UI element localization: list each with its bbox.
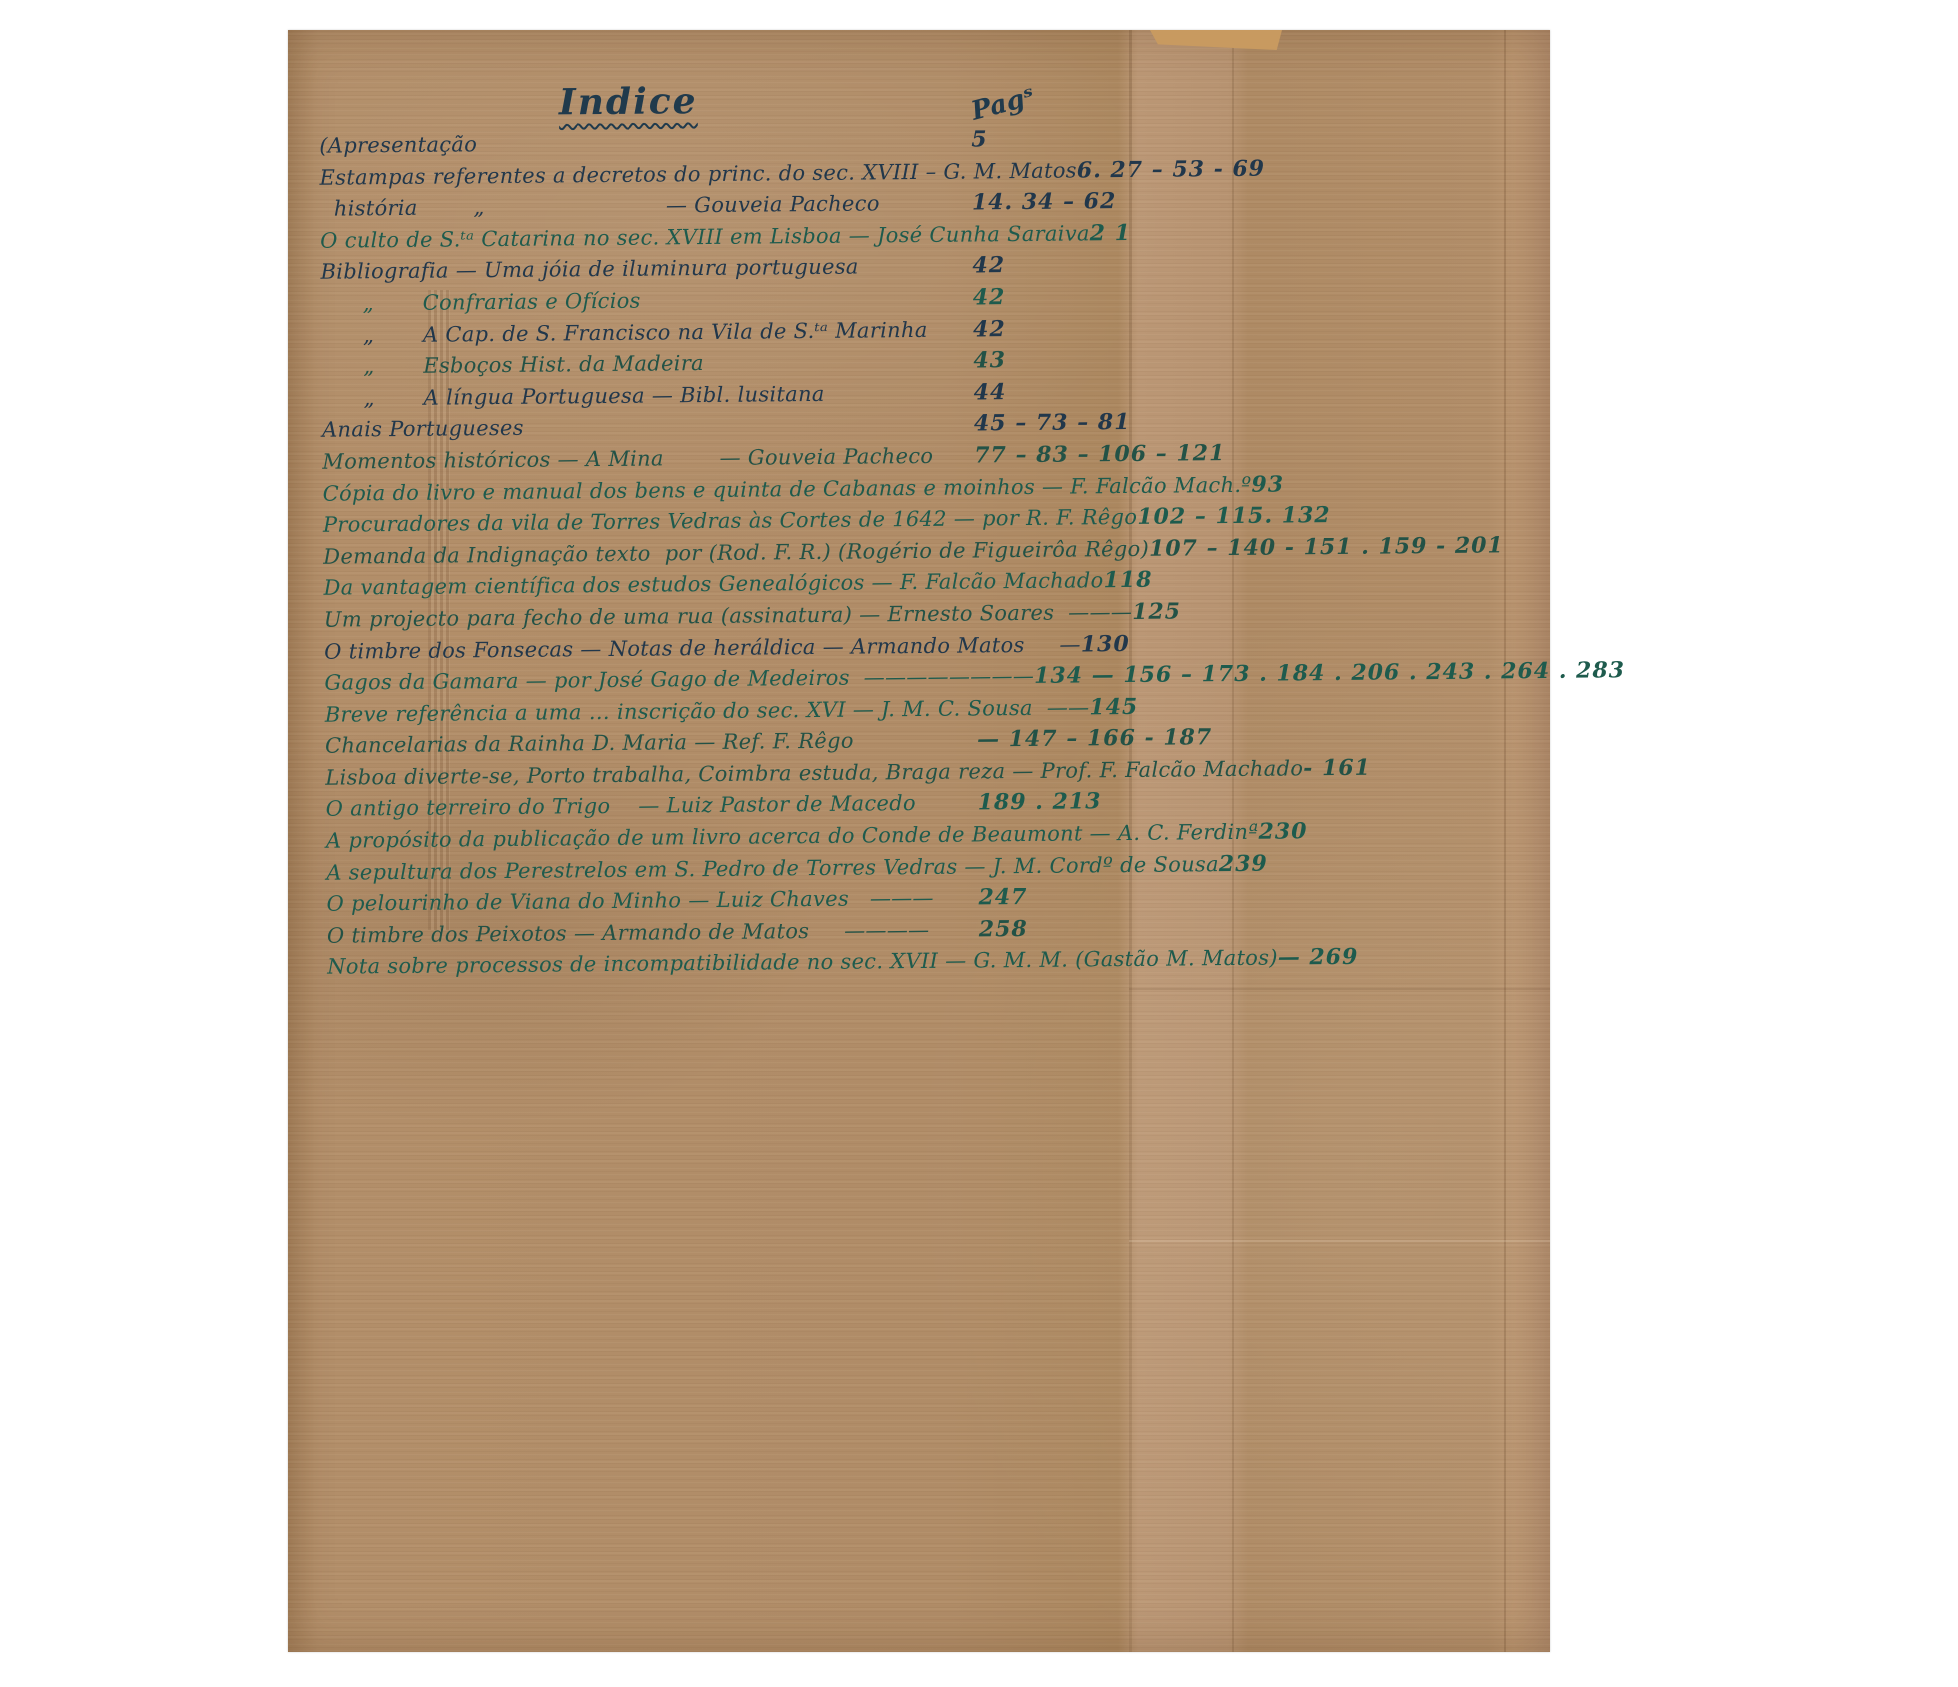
entry-text: „ Confrarias e Ofícios: [321, 285, 973, 315]
entry-pages: 42: [972, 253, 1005, 279]
entry-pages: 118: [1103, 567, 1152, 593]
entry-text: Procuradores da vila de Torres Vedras às…: [323, 505, 1138, 537]
entry-pages: 145: [1089, 694, 1138, 720]
kraft-paper-sheet: Indice Pagˢ (Apresentação5Estampas refer…: [288, 30, 1550, 1652]
entry-pages: — 269: [1278, 944, 1359, 971]
entry-pages: 93: [1251, 471, 1284, 497]
entry-pages: 44: [974, 379, 1007, 405]
entry-text: O timbre dos Peixotos — Armando de Matos…: [327, 917, 979, 947]
entry-pages: 134 — 156 – 173 . 184 . 206 . 243 . 264 …: [1034, 657, 1625, 689]
entry-pages: 77 – 83 – 106 – 121: [974, 440, 1225, 468]
entry-pages: 43: [973, 347, 1006, 373]
entry-pages: 125: [1132, 598, 1181, 624]
entry-pages: 239: [1219, 850, 1268, 876]
entry-pages: 42: [973, 284, 1006, 310]
entry-text: „ A Cap. de S. Francisco na Vila de S.ᵗᵃ…: [321, 317, 973, 347]
entry-pages: 102 – 115. 132: [1137, 502, 1331, 530]
entry-text: Gagos da Gamara — por José Gago de Medei…: [324, 664, 1034, 695]
entry-text: Um projecto para fecho de uma rua (assin…: [324, 600, 1133, 632]
entry-pages: - 161: [1303, 755, 1371, 782]
entry-text: Da vantagem científica dos estudos Genea…: [323, 569, 1103, 600]
entry-pages: 189 . 213: [978, 789, 1102, 816]
entry-text: Anais Portugueses: [322, 412, 974, 442]
handwritten-index: Indice Pagˢ (Apresentação5Estampas refer…: [280, 24, 1558, 1658]
entry-pages: 42: [973, 316, 1006, 342]
entry-text: O pelourinho de Viana do Minho — Luiz Ch…: [326, 886, 978, 916]
entry-pages: 130: [1081, 630, 1130, 656]
entry-text: (Apresentação: [319, 127, 971, 157]
pages-column-header: Pagˢ: [968, 82, 1038, 127]
entry-text: O antigo terreiro do Trigo — Luiz Pastor…: [326, 791, 978, 821]
entry-pages: 230: [1258, 818, 1307, 844]
entry-pages: 5: [971, 126, 988, 152]
entry-text: Bibliografia — Uma jóia de iluminura por…: [320, 254, 972, 284]
entry-pages: 247: [978, 884, 1027, 910]
entry-text: Momentos históricos — A Mina — Gouveia P…: [322, 443, 974, 473]
entry-text: Chancelarias da Rainha D. Maria — Ref. F…: [325, 728, 977, 758]
entry-text: O culto de S.ᵗᵃ Catarina no sec. XVIII e…: [320, 221, 1090, 252]
entry-pages: 2 1: [1090, 220, 1132, 246]
entry-text: „ Esboços Hist. da Madeira: [321, 349, 973, 379]
entry-pages: 6. 27 – 53 - 69: [1077, 155, 1265, 183]
entry-pages: 14. 34 – 62: [972, 188, 1117, 215]
entry-text: história „ — Gouveia Pacheco: [320, 191, 972, 221]
index-entries: (Apresentação5Estampas referentes a decr…: [319, 121, 1537, 986]
entry-text: Demanda da Indignação texto por (Rod. F.…: [323, 536, 1149, 568]
entry-text: „ A língua Portuguesa — Bibl. lusitana: [322, 380, 974, 410]
entry-text: Estampas referentes a decretos do princ.…: [319, 158, 1076, 189]
entry-pages: 258: [979, 916, 1028, 942]
entry-pages: 45 – 73 – 81: [974, 409, 1131, 437]
entry-pages: — 147 – 166 - 187: [977, 724, 1212, 752]
scanned-document: Indice Pagˢ (Apresentação5Estampas refer…: [0, 0, 1958, 1687]
entry-pages: 107 – 140 - 151 . 159 - 201: [1149, 532, 1504, 561]
entry-text: Breve referência a uma … inscrição do se…: [325, 695, 1090, 726]
entry-text: O timbre dos Fonsecas — Notas de heráldi…: [324, 632, 1081, 663]
page-title: Indice: [559, 80, 698, 123]
